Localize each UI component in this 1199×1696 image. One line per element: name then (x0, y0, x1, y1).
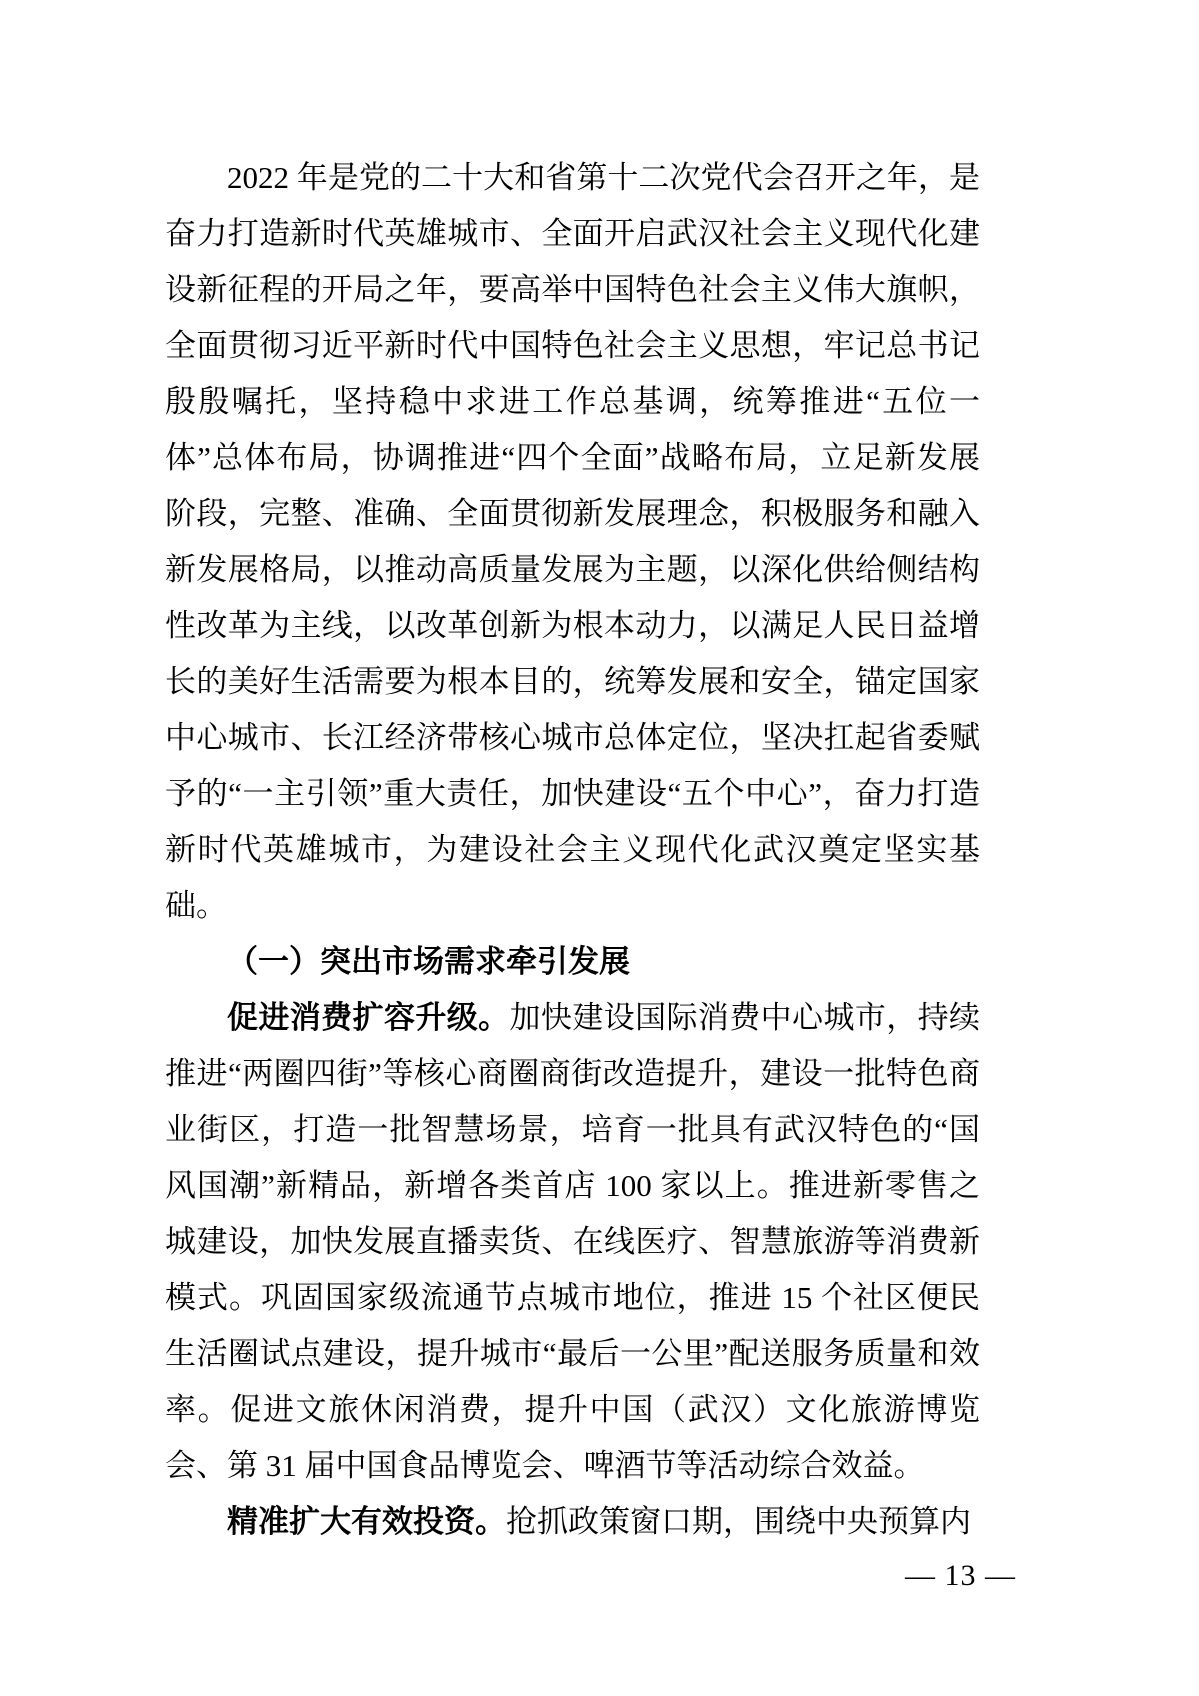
paragraph-consumption-lead: 促进消费扩容升级。 (227, 1000, 510, 1035)
paragraph-consumption-text: 加快建设国际消费中心城市，持续推进“两圈四街”等核心商圈商街改造提升，建设一批特… (165, 1000, 980, 1483)
section-heading: （一）突出市场需求牵引发展 (165, 934, 980, 990)
paragraph-investment-lead: 精准扩大有效投资。 (227, 1504, 506, 1539)
document-body: 2022 年是党的二十大和省第十二次党代会召开之年，是奋力打造新时代英雄城市、全… (165, 150, 980, 1550)
paragraph-intro: 2022 年是党的二十大和省第十二次党代会召开之年，是奋力打造新时代英雄城市、全… (165, 150, 980, 934)
paragraph-consumption: 促进消费扩容升级。加快建设国际消费中心城市，持续推进“两圈四街”等核心商圈商街改… (165, 990, 980, 1494)
page-number: — 13 — (905, 1556, 1016, 1596)
document-page: 2022 年是党的二十大和省第十二次党代会召开之年，是奋力打造新时代英雄城市、全… (0, 0, 1199, 1696)
paragraph-investment: 精准扩大有效投资。抢抓政策窗口期，围绕中央预算内 (165, 1494, 980, 1550)
paragraph-investment-text: 抢抓政策窗口期，围绕中央预算内 (506, 1504, 971, 1539)
